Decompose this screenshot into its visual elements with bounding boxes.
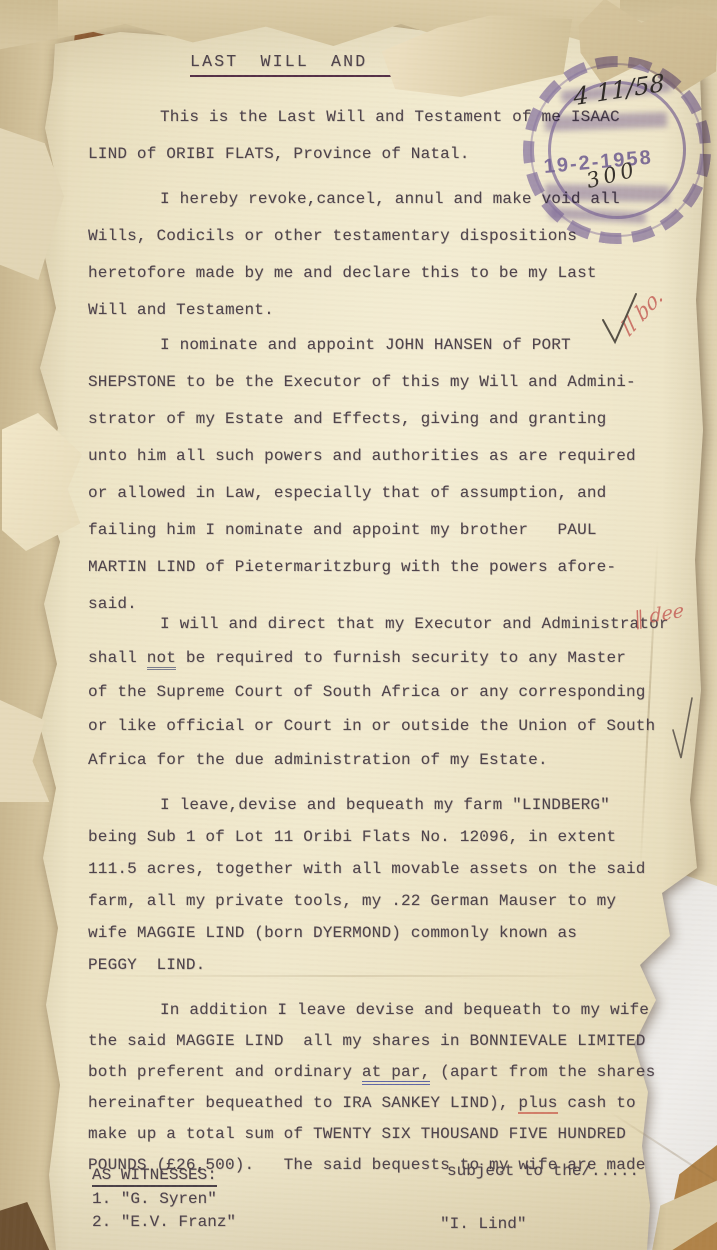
text-line: hereinafter bequeathed to IRA SANKEY LIN… bbox=[88, 1088, 655, 1119]
witness-signature-1: 1. "G. Syren" bbox=[92, 1190, 217, 1208]
pencil-checkmark-icon bbox=[670, 696, 696, 762]
underlined-word-not: not bbox=[147, 649, 176, 670]
paragraph-security: I will and direct that my Executor and A… bbox=[88, 607, 669, 777]
paragraph-shares-bequest: In addition I leave devise and bequeath … bbox=[88, 995, 655, 1181]
text-line: PEGGY LIND. bbox=[88, 949, 646, 981]
text-line: being Sub 1 of Lot 11 Oribi Flats No. 12… bbox=[88, 821, 646, 853]
text-line: heretofore made by me and declare this t… bbox=[88, 255, 620, 292]
text-segment: cash to bbox=[558, 1094, 636, 1112]
text-segment: both preferent and ordinary bbox=[88, 1063, 362, 1081]
text-line: unto him all such powers and authorities… bbox=[88, 438, 636, 475]
text-line: the said MAGGIE LIND all my shares in BO… bbox=[88, 1026, 655, 1057]
text-line: SHEPSTONE to be the Executor of this my … bbox=[88, 364, 636, 401]
underlined-phrase-at-par: at par, bbox=[362, 1063, 430, 1085]
text-line: MARTIN LIND of Pietermaritzburg with the… bbox=[88, 549, 636, 586]
text-line: or allowed in Law, especially that of as… bbox=[88, 475, 636, 512]
testator-signature: "I. Lind" bbox=[440, 1215, 526, 1233]
text-line: both preferent and ordinary at par, (apa… bbox=[88, 1057, 655, 1088]
text-segment: shall bbox=[88, 649, 147, 667]
text-line: I nominate and appoint JOHN HANSEN of PO… bbox=[88, 327, 636, 364]
witnesses-heading-text: AS WITNESSES: bbox=[92, 1166, 217, 1187]
text-line: failing him I nominate and appoint my br… bbox=[88, 512, 636, 549]
text-line: Africa for the due administration of my … bbox=[88, 743, 669, 777]
witness-signature-2: 2. "E.V. Franz" bbox=[92, 1213, 236, 1231]
pencil-checkmark-icon bbox=[598, 290, 640, 348]
text-line: farm, all my private tools, my .22 Germa… bbox=[88, 885, 646, 917]
text-line: In addition I leave devise and bequeath … bbox=[88, 995, 655, 1026]
text-line: make up a total sum of TWENTY SIX THOUSA… bbox=[88, 1119, 655, 1150]
paragraph-farm-bequest: I leave,devise and bequeath my farm "LIN… bbox=[88, 789, 646, 981]
text-segment: be required to furnish security to any M… bbox=[176, 649, 626, 667]
text-line: of the Supreme Court of South Africa or … bbox=[88, 675, 669, 709]
page-continuation-mark: subject to the/..... bbox=[447, 1162, 639, 1180]
text-line: or like official or Court in or outside … bbox=[88, 709, 669, 743]
witnesses-heading: AS WITNESSES: bbox=[92, 1166, 217, 1184]
text-line: strator of my Estate and Effects, giving… bbox=[88, 401, 636, 438]
text-segment: (apart from the shares bbox=[430, 1063, 655, 1081]
text-line: shall not be required to furnish securit… bbox=[88, 641, 669, 675]
text-line: 111.5 acres, together with all movable a… bbox=[88, 853, 646, 885]
text-line: wife MAGGIE LIND (born DYERMOND) commonl… bbox=[88, 917, 646, 949]
text-line: Will and Testament. bbox=[88, 292, 620, 329]
text-line: I leave,devise and bequeath my farm "LIN… bbox=[88, 789, 646, 821]
paragraph-executor: I nominate and appoint JOHN HANSEN of PO… bbox=[88, 327, 636, 623]
text-segment: hereinafter bequeathed to IRA SANKEY LIN… bbox=[88, 1094, 518, 1112]
text-line: I will and direct that my Executor and A… bbox=[88, 607, 669, 641]
underlined-word-plus: plus bbox=[518, 1094, 557, 1114]
